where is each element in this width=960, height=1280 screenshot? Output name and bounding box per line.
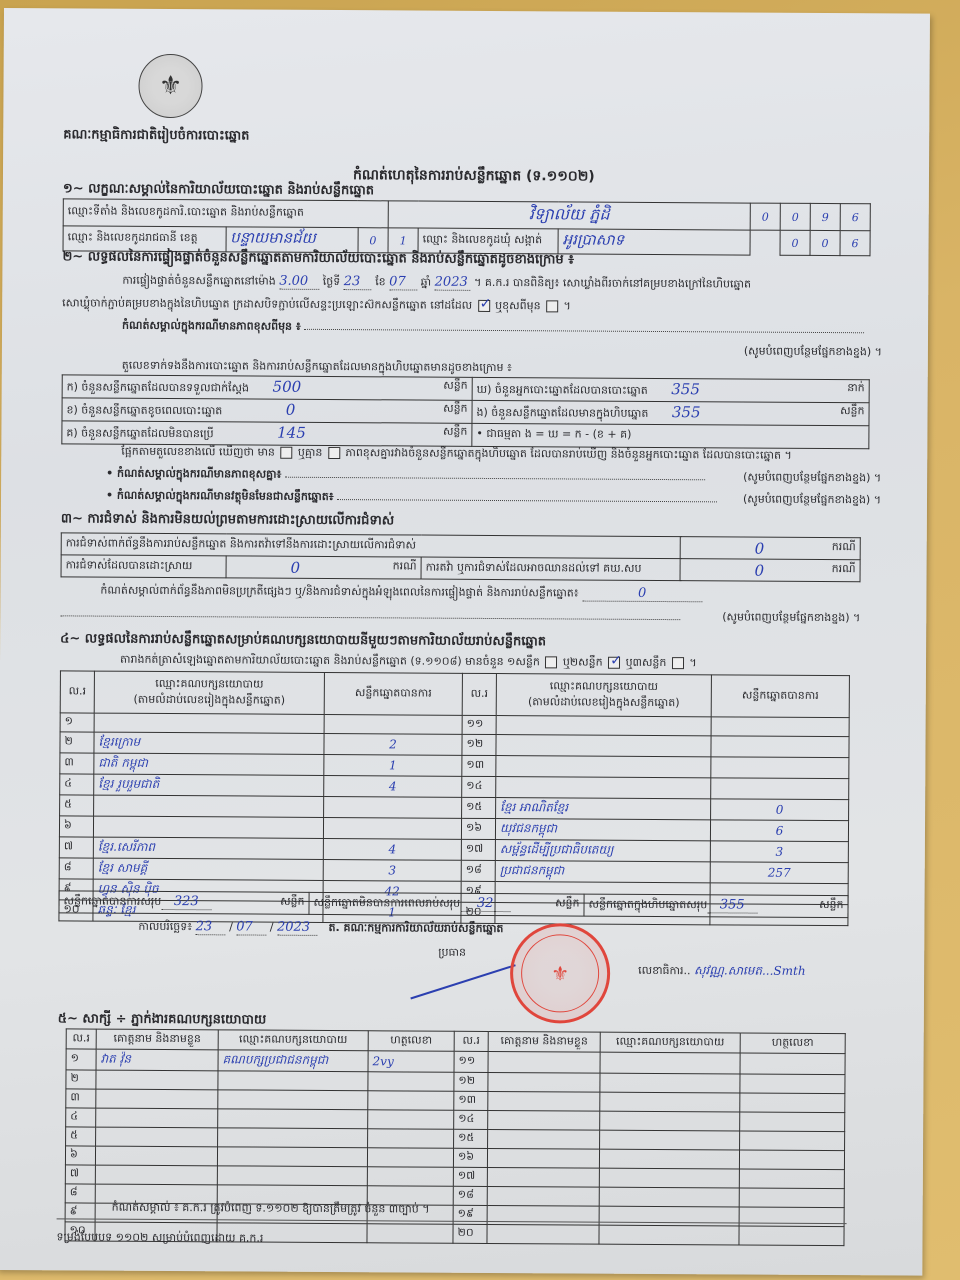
election-form-paper: ⚜ គណៈកម្មាធិការជាតិរៀបចំការបោះឆ្នោត កំណត…: [0, 8, 930, 1276]
date-label: កាលបរិច្ឆេទ៖: [138, 920, 192, 933]
total-invalid-label: សន្លឹកឆ្នោតមិនបានការពេលរាប់សរុប: [314, 896, 461, 910]
witness-party: [599, 1225, 739, 1245]
complaint-row3-value: 0: [755, 561, 765, 579]
complaint-row3-unit: ករណី: [832, 562, 856, 578]
witness-name: [96, 1127, 218, 1147]
party-name: ខ្មែរ រួបរួមជាតិ: [94, 774, 324, 796]
figure-c-label: គ) ចំនួនសន្លឹកឆ្នោតដែលមិនបានប្រើ: [66, 426, 213, 440]
verify-prefix: ការផ្ទៀងផ្ទាត់ចំនួនសន្លឹកឆ្នោតនៅម៉ោង: [122, 274, 275, 288]
location-code-4: 6: [840, 204, 870, 231]
irregularity-note-label: កំណត់សម្គាល់ពាក់ព័ន្ធនឹងភាពមិនប្រក្រតីផ្…: [100, 584, 578, 600]
witness-signature: [367, 1148, 453, 1168]
witness-name: [488, 1072, 600, 1092]
verify-suffix: ។ គ.ក.រ បានពិនិត្យ៖ សោឃ្លាំងពីរចាក់នៅគម្…: [474, 276, 751, 291]
note-mismatch-line: • កំណត់សម្គាល់ក្នុងករណីមានភាពខុសគ្នា៖ (ស…: [106, 467, 881, 488]
witness-col-no-2: ល.រ: [454, 1031, 488, 1051]
party-name: [496, 735, 711, 757]
col-no: ល.រ: [60, 671, 94, 713]
location-label: ឈ្មោះទីតាំង និងលេខកូដការិ.បោះឆ្នោត និងរា…: [63, 199, 388, 228]
commune-code-2: 0: [810, 230, 840, 255]
witness-party: [218, 1109, 368, 1129]
compare-text-2: ឬគ្មាន: [298, 446, 323, 459]
total-valid-label: សន្លឹកឆ្នោតបានការសរុប: [64, 894, 162, 908]
note-diff-label: កំណត់សម្គាល់ក្នុងករណីមានភាពខុសពីមុន ៖: [122, 319, 301, 333]
fill-more-3: (សូមបំពេញបន្ថែមផ្នែកខាងខ្នង) ។: [743, 493, 881, 510]
fill-more-4: (សូមបំពេញបន្ថែមផ្នែកខាងខ្នង) ។: [722, 610, 860, 627]
sheet-text: តារាងកត់ត្រាសំឡេងឆ្នោតតាមការិយាល័យបោះឆ្ន…: [120, 653, 504, 668]
witness-signature: [368, 1072, 454, 1092]
witness-signature: [740, 1053, 845, 1075]
compare-text-3: ភាពខុសគ្នារវាងចំនួនសន្លឹកឆ្នោតក្នុងហិបឆ្…: [345, 446, 791, 462]
figure-a-unit: សន្លឹក: [443, 379, 468, 395]
row-no: ១៦: [461, 818, 495, 839]
verify-year: 2023: [435, 275, 471, 291]
party-votes: 1: [324, 754, 462, 776]
commune-code-1: 0: [780, 230, 810, 255]
witness-no: ១៦: [453, 1148, 487, 1167]
location-code-3: 9: [810, 203, 840, 230]
witness-party: [218, 1090, 368, 1110]
col-party-label: ឈ្មោះគណបក្សនយោបាយ: [99, 676, 320, 693]
witness-party: [599, 1149, 739, 1169]
figure-a-value: 500: [272, 378, 301, 396]
form-note: កំណត់សម្គាល់ ៖ គ.ក.រ ត្រូវបំពេញ ទ.១១០២ ឱ…: [112, 1201, 430, 1219]
party-name: [93, 816, 323, 838]
witness-signature: [740, 1093, 845, 1113]
figure-e-unit: សន្លឹក: [840, 404, 865, 420]
complaint-row1-value: 0: [755, 539, 765, 557]
compare-line: ផ្អែកតាមតួលេខខាងលើ ឃើញថា មាន ឬគ្មាន ភាពខ…: [121, 445, 792, 465]
party-votes: 4: [324, 775, 462, 797]
irregularity-note-field-2[interactable]: [60, 615, 680, 620]
complaint-row2-unit: ករណី: [393, 559, 417, 575]
witness-signature: [740, 1131, 845, 1151]
witness-col-party-2: ឈ្មោះគណបក្សនយោបាយ: [600, 1032, 740, 1053]
row-no: ២: [60, 732, 94, 753]
witness-no: ២០: [453, 1224, 487, 1243]
location-value: វិទ្យាល័យ ភ្នំដិ: [388, 201, 750, 230]
row-no: ១: [60, 713, 94, 732]
row-no: ១៧: [461, 839, 495, 860]
party-votes: 3: [323, 859, 461, 881]
note-invalid-line: • កំណត់សម្គាល់ក្នុងករណីមានវត្ថុមិនមែនជាស…: [106, 489, 881, 510]
witness-no: ២: [66, 1070, 96, 1089]
chair-signature: [410, 964, 515, 999]
figure-d-value: 355: [671, 380, 700, 398]
figure-a-label: ក) ចំនួនសន្លឹកឆ្នោតដែលបានទទួលជាក់ស្តែង: [67, 380, 249, 394]
party-results-table: ល.រ ឈ្មោះគណបក្សនយោបាយ (តាមលំដាប់លេខរៀងក្…: [58, 670, 850, 926]
witness-no: ៧: [65, 1165, 95, 1184]
witness-name: [95, 1165, 217, 1185]
totals-table: សន្លឹកឆ្នោតបានការសរុប323 សន្លឹក សន្លឹកឆ្…: [58, 890, 848, 918]
seal-diff-checkbox[interactable]: [546, 300, 558, 312]
col-no-2: ល.រ: [462, 673, 496, 715]
row-no: ៤: [60, 774, 94, 795]
party-votes: 3: [710, 841, 848, 863]
witness-party: [600, 1052, 740, 1074]
total-box-label: សន្លឹកឆ្នោតក្នុងហិបឆ្នោតសរុប: [588, 898, 707, 912]
witness-signature: [368, 1110, 454, 1130]
figure-b-value: 0: [286, 401, 296, 419]
row-no: ១៨: [461, 860, 495, 881]
commune-value: អូរប្រាសាទ: [558, 229, 750, 255]
witness-signature: [368, 1129, 454, 1149]
col-party-label-2: ឈ្មោះគណបក្សនយោបាយ: [501, 679, 707, 696]
province-code-1: 0: [358, 228, 389, 253]
compare-has-checkbox[interactable]: [280, 447, 292, 459]
witness-name: [487, 1186, 599, 1206]
year-label: ឆ្នាំ: [421, 276, 432, 289]
three-sheet-checkbox[interactable]: [672, 657, 684, 669]
witness-party: [599, 1187, 739, 1207]
witness-party: [600, 1073, 740, 1093]
secretary-signature: សុវណ្ណ.សាមេត...Smth: [694, 963, 806, 978]
location-code-2: 0: [780, 203, 810, 230]
total-box-value: 355: [707, 897, 757, 913]
witness-no: ១៧: [453, 1167, 487, 1186]
witness-name: [96, 1108, 218, 1128]
row-no: ៥: [60, 795, 94, 816]
witness-name: [487, 1224, 599, 1244]
witness-party: [599, 1168, 739, 1188]
party-name: ខ្មែរក្រោម: [94, 732, 324, 754]
witness-no: ១៥: [454, 1129, 488, 1148]
witness-signature: [739, 1150, 844, 1170]
note-invalid-field[interactable]: [337, 499, 717, 502]
party-votes: 6: [710, 820, 848, 842]
note-diff-field[interactable]: [304, 329, 864, 333]
seal-text: សោឃ្លុំចាក់ភ្ជាប់គម្របខាងក្នុងនៃហិបឆ្នោត…: [62, 296, 472, 312]
witness-no: ៥: [66, 1127, 96, 1146]
witness-signature: [367, 1167, 453, 1187]
witness-name: [95, 1146, 217, 1166]
complaint-row3-label: ការតវ៉ា ឬការជំទាស់ដែលអាចឈានដល់ទៅ គឃ.សប: [421, 557, 680, 581]
witness-no: ១២: [454, 1072, 488, 1091]
note-mismatch-label: • កំណត់សម្គាល់ក្នុងករណីមានភាពខុសគ្នា៖: [106, 467, 281, 481]
witness-signature: 2vy: [368, 1051, 454, 1073]
witness-name: [488, 1129, 600, 1149]
witness-col-no: ល.រ: [66, 1029, 96, 1049]
row-no: ១២: [462, 734, 496, 755]
verify-time: 3.00: [279, 274, 319, 290]
secretary-label: លេខាធិការ: [638, 964, 683, 977]
col-party-2: ឈ្មោះគណបក្សនយោបាយ (តាមលំដាប់លេខរៀងក្នុងស…: [496, 674, 711, 717]
witness-name: [487, 1148, 599, 1168]
col-party: ឈ្មោះគណបក្សនយោបាយ (តាមលំដាប់លេខរៀងក្នុងស…: [94, 671, 324, 714]
col-votes-2: សន្លឹកឆ្នោតបានការ: [711, 675, 849, 718]
figures-table: ក) ចំនួនសន្លឹកឆ្នោតដែលបានទទួលជាក់ស្តែង 5…: [61, 374, 869, 449]
witness-no: ១៤: [454, 1110, 488, 1129]
witness-no: ១៨: [453, 1186, 487, 1205]
witness-no: ៨: [65, 1184, 95, 1203]
row-no: ៨: [59, 858, 93, 879]
witness-party: [217, 1166, 367, 1186]
row-no: ១១: [462, 715, 496, 734]
witness-name: [96, 1070, 218, 1090]
total-valid-value: 323: [161, 894, 211, 910]
province-code-2: 1: [388, 228, 418, 253]
figure-e-value: 355: [672, 403, 701, 421]
witness-name: [488, 1110, 600, 1130]
party-votes: 4: [323, 838, 461, 860]
witness-party: [217, 1147, 367, 1167]
secretary-line: លេខាធិការ.. សុវណ្ណ.សាមេត...Smth: [638, 962, 806, 981]
witness-party: គណបក្សប្រជាជនកម្ពុជា: [218, 1050, 368, 1072]
witness-name: [488, 1051, 600, 1073]
figure-b-unit: សន្លឹក: [443, 402, 468, 418]
witness-col-name: គោត្តនាម និងនាមខ្លួន: [96, 1029, 218, 1050]
witness-name: [96, 1089, 218, 1109]
total-invalid-unit: សន្លឹក: [555, 896, 580, 912]
party-votes: [711, 757, 849, 779]
figure-d-label: ឃ) ចំនួនអ្នកបោះឆ្នោតដែលបានបោះឆ្នោត: [477, 383, 648, 397]
total-valid-unit: សន្លឹក: [280, 895, 305, 911]
witness-party: [218, 1071, 368, 1091]
witness-party: [600, 1130, 740, 1150]
witness-signature: [740, 1074, 845, 1094]
complaints-table: ការជំទាស់ពាក់ព័ន្ធនឹងការរាប់សន្លឹកឆ្នោត …: [61, 532, 861, 582]
witness-no: ១៣: [454, 1091, 488, 1110]
witness-col-party: ឈ្មោះគណបក្សនយោបាយ: [218, 1030, 368, 1051]
location-code-1: 0: [750, 203, 780, 230]
figure-formula: • ជាធម្មតា ង = ឃ = ក - (ខ + គ): [472, 423, 869, 448]
one-sheet-checkbox[interactable]: [545, 656, 557, 668]
figure-e-label: ង) ចំនួនសន្លឹកឆ្នោតដែលមានក្នុងហិបឆ្នោត: [476, 406, 648, 420]
date-year: 2023: [277, 920, 317, 936]
witness-col-sign: ហត្ថលេខា: [368, 1031, 454, 1052]
figure-c-value: 145: [277, 424, 306, 442]
party-votes: [324, 714, 462, 734]
party-name: [94, 713, 324, 733]
party-name: [496, 716, 711, 736]
figure-d-unit: នាក់: [847, 381, 865, 397]
organization-name: គណៈកម្មាធិការជាតិរៀបចំការបោះឆ្នោត: [63, 126, 249, 146]
witness-name: [487, 1167, 599, 1187]
verification-line: ការផ្ទៀងផ្ទាត់ចំនួនសន្លឹកឆ្នោតនៅម៉ោង 3.0…: [122, 273, 751, 294]
complaint-row2-label: ការជំទាស់ដែលបានដោះស្រាយ: [61, 555, 226, 578]
sheet-count-line: តារាងកត់ត្រាសំឡេងឆ្នោតតាមការិយាល័យបោះឆ្ន…: [120, 653, 697, 673]
row-no: ១៣: [462, 755, 496, 776]
seal-same-checkbox[interactable]: [478, 300, 490, 312]
committee-label: ត. គណៈកម្មការការិយាល័យរាប់សន្លឹកឆ្នោត: [328, 921, 503, 935]
party-name: ខ្មែរ.សេរីភាព: [93, 837, 323, 859]
row-no: ៧: [59, 837, 93, 858]
date-day: 23: [196, 919, 226, 935]
compare-text-1: ផ្អែកតាមតួលេខខាងលើ ឃើញថា មាន: [121, 445, 275, 459]
stamp-icon: ⚜: [510, 923, 611, 1024]
note-diff-line: កំណត់សម្គាល់ក្នុងករណីមានភាពខុសពីមុន ៖: [122, 319, 882, 340]
witness-party: [218, 1128, 368, 1148]
party-votes: [711, 717, 849, 737]
complaint-row1-unit: ករណី: [832, 540, 856, 556]
date-line: កាលបរិច្ឆេទ៖ 23 / 07 / 2023 ត. គណៈកម្មកា…: [138, 919, 503, 938]
row-no: ៦: [59, 816, 93, 837]
figure-b-label: ខ) ចំនួនសន្លឹកឆ្នោតខូចពេលបោះឆ្នោត: [67, 403, 223, 417]
party-name: [496, 777, 711, 799]
irregularity-note-line-2: (សូមបំពេញបន្ថែមផ្នែកខាងខ្នង) ។: [60, 606, 860, 627]
month-label: ខែ: [375, 275, 386, 288]
irregularity-note-value[interactable]: 0: [582, 586, 702, 603]
party-votes: 0: [711, 799, 849, 821]
witness-party: [600, 1092, 740, 1112]
two-sheet-label: ឬ២សន្លឹក: [563, 655, 603, 668]
party-votes: [323, 817, 461, 839]
col-party-sub-2: (តាមលំដាប់លេខរៀងក្នុងសន្លឹកឆ្នោត): [501, 695, 707, 712]
seal-line: សោឃ្លុំចាក់ភ្ជាប់គម្របខាងក្នុងនៃហិបឆ្នោត…: [62, 296, 571, 315]
row-no: ១៥: [462, 797, 496, 818]
seal-diff-label: ឬខុសពីមុន: [495, 299, 540, 312]
witness-col-sign-2: ហត្ថលេខា: [740, 1033, 845, 1054]
form-footer: ទម្រង់បែបបទ ១១០២ សម្រាប់បំពេញដោយ គ.ក.រ: [56, 1230, 263, 1247]
witness-name: [488, 1091, 600, 1111]
two-sheet-checkbox[interactable]: [608, 657, 620, 669]
party-name: ខ្មែរ អាណិតខ្មែរ: [496, 798, 711, 820]
total-box-unit: សន្លឹក: [819, 898, 844, 914]
chair-label: ប្រធាន: [438, 946, 466, 962]
irregularity-note-line: កំណត់សម្គាល់ពាក់ព័ន្ធនឹងភាពមិនប្រក្រតីផ្…: [100, 583, 880, 605]
witness-no: ៦: [65, 1146, 95, 1165]
party-votes: [324, 796, 462, 818]
day-label: ថ្ងៃទី: [323, 275, 341, 288]
verify-day: 23: [344, 274, 372, 290]
col-votes: សន្លឹកឆ្នោតបានការ: [324, 672, 462, 715]
party-name: ជាតិ កម្ពុជា: [94, 753, 324, 775]
witness-signature: [739, 1188, 844, 1208]
witness-col-name-2: គោត្តនាម និងនាមខ្លួន: [488, 1031, 600, 1052]
emblem-icon: ⚜: [138, 54, 202, 118]
section4-title: ៤~ លទ្ធផលនៃការរាប់សន្លឹកឆ្នោតសម្រាប់គណបក…: [60, 630, 546, 652]
party-votes: 257: [710, 862, 848, 884]
location-table: ឈ្មោះទីតាំង និងលេខកូដការិ.បោះឆ្នោត និងរា…: [63, 198, 871, 256]
col-party-sub: (តាមលំដាប់លេខរៀងក្នុងសន្លឹកឆ្នោត): [99, 692, 320, 709]
figure-c-unit: សន្លឹក: [443, 425, 468, 441]
party-name: សម្ព័ន្ធដើម្បីប្រជាធិបតេយ្យ: [495, 840, 710, 862]
witness-signature: [739, 1226, 844, 1246]
witness-signature: [368, 1091, 454, 1111]
fill-more-2: (សូមបំពេញបន្ថែមផ្នែកខាងខ្នង) ។: [743, 471, 881, 488]
commune-code-3: 6: [840, 231, 870, 256]
witness-no: ១: [66, 1049, 96, 1070]
witness-party: [600, 1111, 740, 1131]
party-votes: [711, 736, 849, 758]
section3-title: ៣~ ការជំទាស់ និងការមិនយល់ព្រមតាមការដោះស្…: [61, 510, 394, 531]
note-mismatch-field[interactable]: [285, 477, 705, 481]
row-no: ១៤: [462, 776, 496, 797]
witness-no: ១១: [454, 1051, 488, 1072]
party-votes: 2: [324, 733, 462, 755]
witness-no: ៣: [66, 1089, 96, 1108]
row-no: ៣: [60, 753, 94, 774]
note-invalid-label: • កំណត់សម្គាល់ក្នុងករណីមានវត្ថុមិនមែនជាស…: [106, 489, 334, 503]
date-month: 07: [236, 919, 266, 935]
witness-signature: [740, 1112, 845, 1132]
witness-signature: [739, 1169, 844, 1189]
party-votes: [711, 778, 849, 800]
complaint-row2-value: 0: [291, 558, 301, 576]
one-sheet-label: ១សន្លឹក: [507, 655, 540, 668]
compare-none-checkbox[interactable]: [328, 447, 340, 459]
party-name: [496, 756, 711, 778]
total-invalid-value: 32: [460, 896, 510, 912]
three-sheet-label: ឬ៣សន្លឹក: [626, 656, 667, 669]
verify-month: 07: [389, 274, 417, 290]
party-name: [94, 795, 324, 817]
party-name: ខ្មែរ សាមគ្គី: [93, 858, 323, 880]
form-title: កំណត់ហេតុនៃការរាប់សន្លឹកឆ្នោត (ទ.១១០២): [353, 165, 595, 187]
section2-title: ២~ លទ្ធផលនៃការផ្ទៀងផ្ទាត់ចំនួនសន្លឹកឆ្នោ…: [62, 248, 574, 270]
witness-name: វាត វ៉ុន: [96, 1049, 218, 1071]
witness-signature: [367, 1224, 453, 1244]
party-name: ប្រជាជនកម្ពុជា: [495, 861, 710, 883]
witness-no: ៤: [66, 1108, 96, 1127]
party-name: យុវជនកម្ពុជា: [495, 819, 710, 841]
